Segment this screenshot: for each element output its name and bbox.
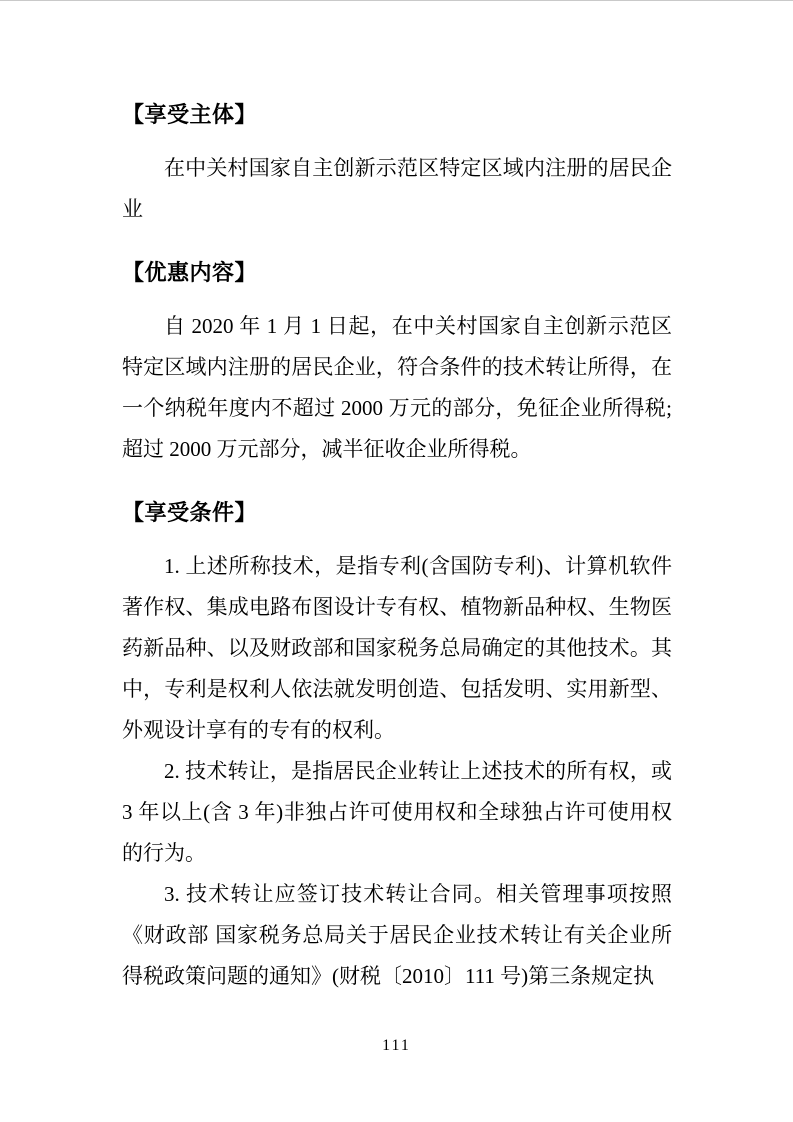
paragraph-condition-2: 2. 技术转让，是指居民企业转让上述技术的所有权，或 3 年以上(含 3 年)非… [122, 751, 672, 874]
section-heading-eligible-entity: 【享受主体】 [122, 100, 672, 130]
section-heading-preferential-content: 【优惠内容】 [122, 258, 672, 288]
paragraph-eligible-entity: 在中关村国家自主创新示范区特定区域内注册的居民企业 [122, 148, 672, 230]
document-page: 【享受主体】 在中关村国家自主创新示范区特定区域内注册的居民企业 【优惠内容】 … [0, 0, 793, 1122]
page-footer: 111 [0, 1037, 793, 1055]
section-eligible-entity: 【享受主体】 在中关村国家自主创新示范区特定区域内注册的居民企业 [122, 100, 672, 230]
section-preferential-content: 【优惠内容】 自 2020 年 1 月 1 日起，在中关村国家自主创新示范区特定… [122, 258, 672, 470]
paragraph-condition-3: 3. 技术转让应签订技术转让合同。相关管理事项按照《财政部 国家税务总局关于居民… [122, 874, 672, 997]
section-eligible-conditions: 【享受条件】 1. 上述所称技术，是指专利(含国防专利)、计算机软件著作权、集成… [122, 498, 672, 997]
section-heading-eligible-conditions: 【享受条件】 [122, 498, 672, 528]
paragraph-preferential-content: 自 2020 年 1 月 1 日起，在中关村国家自主创新示范区特定区域内注册的居… [122, 306, 672, 470]
paragraph-condition-1: 1. 上述所称技术，是指专利(含国防专利)、计算机软件著作权、集成电路布图设计专… [122, 546, 672, 751]
page-number: 111 [382, 1037, 411, 1054]
